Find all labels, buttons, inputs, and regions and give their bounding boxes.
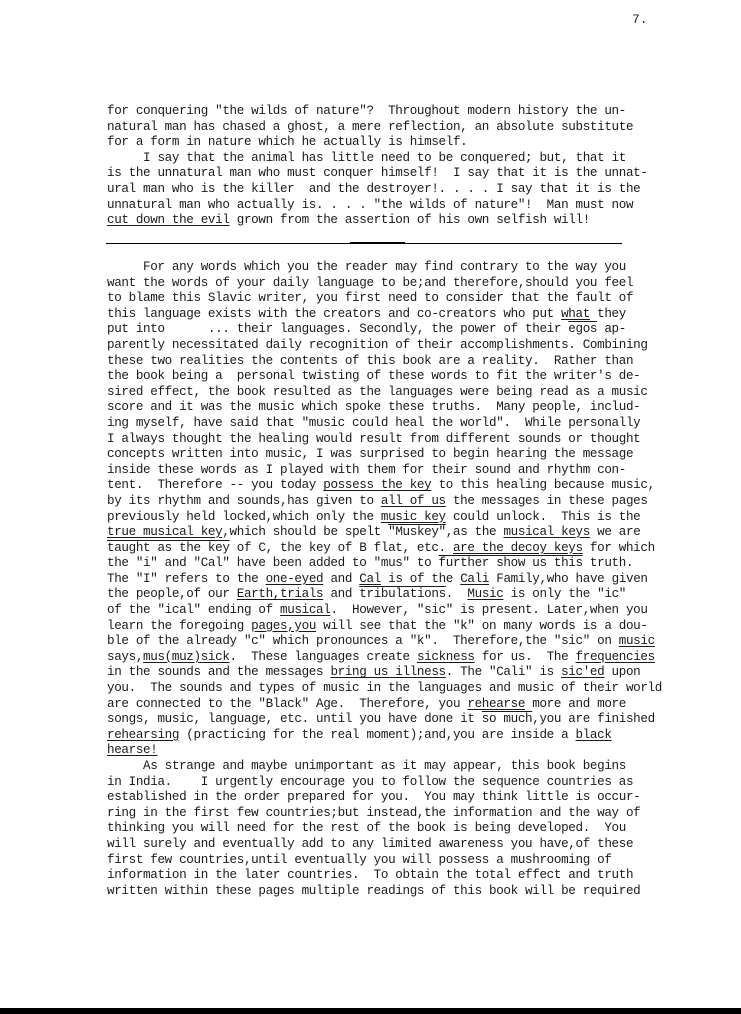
text-segment: score and it was the music which spoke t… <box>107 400 640 414</box>
text-segment: says, <box>107 650 143 664</box>
text-line: is the unnatural man who must conquer hi… <box>107 166 667 182</box>
underlined-phrase: possess the key <box>323 478 431 492</box>
text-segment: to blame this Slavic writer, you first n… <box>107 291 633 305</box>
text-segment: . The "Cali" is <box>446 665 561 679</box>
underlined-phrase: bring us illness <box>330 665 445 679</box>
underlined-phrase: are the decoy keys <box>453 541 583 555</box>
text-segment: you. The sounds and types of music in th… <box>107 681 662 695</box>
text-line: for conquering "the wilds of nature"? Th… <box>107 104 667 120</box>
text-segment: of the "ical" ending of <box>107 603 280 617</box>
text-segment: will see that the "k" on many words is a… <box>316 619 648 633</box>
text-segment: is the unnatural man who must conquer hi… <box>107 166 648 180</box>
underlined-phrase: sic'ed <box>561 665 604 679</box>
text-line: established in the order prepared for yo… <box>107 790 667 806</box>
overlined-phrase: tribulations <box>359 587 446 601</box>
underlined-phrase: true musical key <box>107 525 222 539</box>
text-segment: and <box>323 572 359 586</box>
text-segment: previously held locked,which only the <box>107 510 381 524</box>
scan-edge-bar <box>0 1008 741 1014</box>
text-line: natural man has chased a ghost, a mere r… <box>107 120 667 136</box>
underlined-phrase: Cal <box>359 572 381 586</box>
text-line: written within these pages multiple read… <box>107 884 667 900</box>
overlined-phrase: egos <box>568 322 597 336</box>
underlined-phrase: frequencies <box>576 650 655 664</box>
text-segment: unnatural man who actually is. . . . "th… <box>107 198 633 212</box>
text-segment: concepts written into music, I was surpr… <box>107 447 633 461</box>
text-segment: for conquering "the wilds of nature"? Th… <box>107 104 626 118</box>
text-segment: upon <box>604 665 640 679</box>
underlined-phrase: musical <box>280 603 330 617</box>
text-segment: put into ... their languages. Secondly, … <box>107 322 568 336</box>
text-segment: the book being a personal twisting of th… <box>107 369 640 383</box>
underlined-phrase: hearse! <box>107 743 157 757</box>
text-line: cut down the evil grown from the asserti… <box>107 213 667 229</box>
text-segment: thinking you will need for the rest of t… <box>107 821 626 835</box>
text-segment: ,you are finished <box>532 712 655 726</box>
text-segment: grown from the assertion of his own self… <box>230 213 590 227</box>
underlined-phrase: mus(muz)sick <box>143 650 230 664</box>
text-segment: As strange and maybe unimportant as it m… <box>107 759 626 773</box>
text-segment: for which <box>583 541 655 555</box>
text-segment: in India. I urgently encourage you to fo… <box>107 775 633 789</box>
text-segment: I say that the animal has little need to… <box>107 151 626 165</box>
text-line: learn the foregoing pages,you will see t… <box>107 619 667 635</box>
text-segment: the messages in these pages <box>446 494 648 508</box>
text-segment: ,as the <box>446 525 504 539</box>
text-line: I always thought the healing would resul… <box>107 432 667 448</box>
text-line: I say that the animal has little need to… <box>107 151 667 167</box>
text-line: will surely and eventually add to any li… <box>107 837 667 853</box>
text-segment: sired effect, the book resulted as the l… <box>107 385 648 399</box>
text-line: previously held locked,which only the mu… <box>107 510 667 526</box>
text-line: true musical key,which should be spelt "… <box>107 525 667 541</box>
text-line: the book being a personal twisting of th… <box>107 369 667 385</box>
text-segment: ,which should be spelt <box>222 525 388 539</box>
text-line: these two realities the contents of this… <box>107 354 667 370</box>
underlined-phrase: musical keys <box>503 525 590 539</box>
underlined-phrase: what <box>561 307 590 321</box>
text-segment: are connected to the "Black" Age. Theref… <box>107 697 467 711</box>
text-segment: this language exists with the creators a… <box>107 307 561 321</box>
underlined-phrase: music <box>619 634 655 648</box>
text-line: by its rhythm and sounds,has given to al… <box>107 494 667 510</box>
text-segment: of C, the key of B flat, etc. <box>230 541 453 555</box>
text-line: hearse! <box>107 743 667 759</box>
text-segment: established in the order prepared for yo… <box>107 790 640 804</box>
overlined-phrase: so much <box>482 712 532 726</box>
text-line: concepts written into music, I was surpr… <box>107 447 667 463</box>
text-segment: the "i" and "Cal" have been added to "mu… <box>107 556 439 570</box>
text-segment: The "I" refers to the <box>107 572 266 586</box>
top-paragraphs: for conquering "the wilds of nature"? Th… <box>107 104 667 229</box>
text-line: unnatural man who actually is. . . . "th… <box>107 198 667 214</box>
underlined-phrase: Cali <box>460 572 489 586</box>
text-segment: by its rhythm and sounds,has given to <box>107 494 381 508</box>
text-segment: For any words which you the reader may f… <box>107 260 626 274</box>
text-line: rehearsing (practicing for the real mome… <box>107 728 667 744</box>
text-line: ural man who is the killer and the destr… <box>107 182 667 198</box>
text-segment: truth. <box>583 556 633 570</box>
underlined-phrase: pages,you <box>251 619 316 633</box>
underlined-phrase: one-eyed <box>266 572 324 586</box>
text-segment: for us. The <box>475 650 576 664</box>
text-segment: first few countries,until eventually you… <box>107 853 612 867</box>
text-segment: will surely and eventually add to any li… <box>107 837 633 851</box>
text-line: ing myself, have said that "music could … <box>107 416 667 432</box>
text-segment: they <box>590 307 626 321</box>
text-line: for a form in nature which he actually i… <box>107 135 667 151</box>
text-segment: we are <box>590 525 640 539</box>
section-divider-smudge <box>350 242 405 244</box>
text-line: The "I" refers to the one-eyed and Cal i… <box>107 572 667 588</box>
underlined-phrase: all of us <box>381 494 446 508</box>
text-line: taught as the key of C, the key of B fla… <box>107 541 667 557</box>
text-segment: want the words of your daily language to… <box>107 276 633 290</box>
text-line: this language exists with the creators a… <box>107 307 667 323</box>
text-segment: information in the later countries. To o… <box>107 868 633 882</box>
text-segment: tent. Therefore -- you today <box>107 478 323 492</box>
text-line: in the sounds and the messages bring us … <box>107 665 667 681</box>
text-segment: ble of the already "c" which pronounces … <box>107 634 619 648</box>
text-segment: . However, "sic" is present. Later,when … <box>330 603 647 617</box>
text-segment: (practicing for the real moment);and,you… <box>179 728 575 742</box>
text-segment: for a form in nature which he actually i… <box>107 135 467 149</box>
underlined-phrase: Music <box>467 587 503 601</box>
text-line: the people,of our Earth,trials and tribu… <box>107 587 667 603</box>
text-segment: is only the "ic" <box>503 587 626 601</box>
text-segment: . These languages create <box>230 650 417 664</box>
text-segment: inside these words as I played with them… <box>107 463 626 477</box>
text-line: inside these words as I played with them… <box>107 463 667 479</box>
text-line: parently necessitated daily recognition … <box>107 338 667 354</box>
underlined-phrase: rehearse <box>467 697 525 711</box>
text-line: the "i" and "Cal" have been added to "mu… <box>107 556 667 572</box>
text-line: ring in the first few countries;but inst… <box>107 806 667 822</box>
text-line: thinking you will need for the rest of t… <box>107 821 667 837</box>
text-segment: more and more <box>525 697 626 711</box>
text-segment: written within these pages multiple read… <box>107 884 640 898</box>
text-segment: . <box>446 587 468 601</box>
text-segment: songs, music, language, etc. until you h… <box>107 712 482 726</box>
text-line: of the "ical" ending of musical. However… <box>107 603 667 619</box>
text-line: sired effect, the book resulted as the l… <box>107 385 667 401</box>
text-segment: ing myself, have said that "music could … <box>107 416 640 430</box>
text-line: As strange and maybe unimportant as it m… <box>107 759 667 775</box>
text-segment: ural man who is the killer and the destr… <box>107 182 640 196</box>
text-line: says,mus(muz)sick. These languages creat… <box>107 650 667 666</box>
main-paragraphs: For any words which you the reader may f… <box>107 260 667 899</box>
text-segment: ap- <box>597 322 626 336</box>
overlined-phrase: taught as the key <box>107 541 230 555</box>
underlined-phrase: black <box>576 728 612 742</box>
text-segment: parently necessitated daily recognition … <box>107 338 648 352</box>
text-segment: the people,of our <box>107 587 237 601</box>
text-line: to blame this Slavic writer, you first n… <box>107 291 667 307</box>
text-line: songs, music, language, etc. until you h… <box>107 712 667 728</box>
text-segment: ring in the first few countries;but inst… <box>107 806 640 820</box>
text-line: ble of the already "c" which pronounces … <box>107 634 667 650</box>
text-segment: and <box>323 587 359 601</box>
text-segment: to this healing because music, <box>431 478 654 492</box>
text-line: you. The sounds and types of music in th… <box>107 681 667 697</box>
text-segment: I always thought the healing would resul… <box>107 432 640 446</box>
text-line: put into ... their languages. Secondly, … <box>107 322 667 338</box>
page-number: 7. <box>632 12 648 27</box>
text-segment: learn the foregoing <box>107 619 251 633</box>
text-segment: these two realities the contents of this… <box>107 354 633 368</box>
underlined-phrase: Earth,trials <box>237 587 324 601</box>
text-line: score and it was the music which spoke t… <box>107 400 667 416</box>
text-line: For any words which you the reader may f… <box>107 260 667 276</box>
text-segment: Family,who have given <box>489 572 648 586</box>
underlined-phrase: cut down the evil <box>107 213 230 227</box>
text-segment: is of the <box>381 572 460 586</box>
text-line: information in the later countries. To o… <box>107 868 667 884</box>
text-line: in India. I urgently encourage you to fo… <box>107 775 667 791</box>
text-segment: in the sounds and the messages <box>107 665 330 679</box>
underlined-phrase: rehearsing <box>107 728 179 742</box>
overlined-phrase: further show us this <box>439 556 583 570</box>
overlined-phrase: "Muskey" <box>388 525 446 539</box>
text-line: first few countries,until eventually you… <box>107 853 667 869</box>
text-line: want the words of your daily language to… <box>107 276 667 292</box>
underlined-phrase: music key <box>381 510 446 524</box>
text-line: tent. Therefore -- you today possess the… <box>107 478 667 494</box>
text-segment: could unlock. This is the <box>446 510 641 524</box>
text-line: are connected to the "Black" Age. Theref… <box>107 697 667 713</box>
text-segment: natural man has chased a ghost, a mere r… <box>107 120 633 134</box>
underlined-phrase: sickness <box>417 650 475 664</box>
